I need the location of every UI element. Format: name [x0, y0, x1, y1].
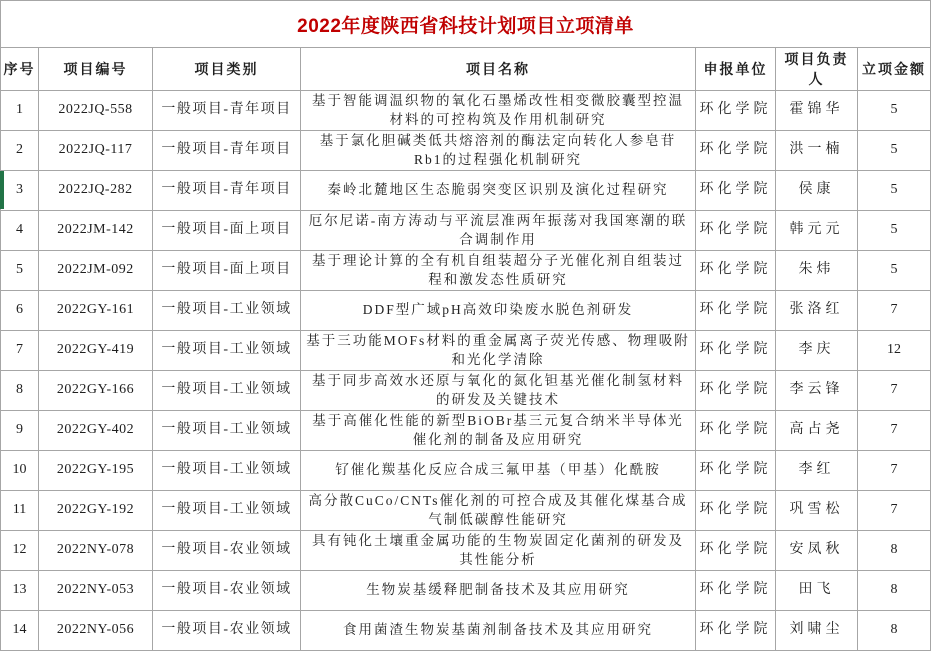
code-cell[interactable]: 2022JQ-282	[39, 171, 153, 211]
category-cell[interactable]: 一般项目-青年项目	[153, 171, 301, 211]
unit-cell[interactable]: 环化学院	[696, 331, 776, 371]
table-row: 142022NY-056一般项目-农业领域食用菌渣生物炭基菌剂制备技术及其应用研…	[1, 611, 931, 651]
page-title: 2022年度陕西省科技计划项目立项清单	[1, 1, 931, 48]
leader-cell[interactable]: 巩雪松	[776, 491, 858, 531]
category-cell[interactable]: 一般项目-青年项目	[153, 131, 301, 171]
code-cell[interactable]: 2022GY-161	[39, 291, 153, 331]
leader-cell[interactable]: 李庆	[776, 331, 858, 371]
name-cell[interactable]: 基于氯化胆碱类低共熔溶剂的酶法定向转化人参皂苷Rb1的过程强化机制研究	[301, 131, 696, 171]
unit-cell[interactable]: 环化学院	[696, 371, 776, 411]
unit-cell[interactable]: 环化学院	[696, 131, 776, 171]
name-cell[interactable]: 基于智能调温织物的氧化石墨烯改性相变微胶囊型控温材料的可控构筑及作用机制研究	[301, 91, 696, 131]
table-row: 72022GY-419一般项目-工业领域基于三功能MOFs材料的重金属离子荧光传…	[1, 331, 931, 371]
amount-cell[interactable]: 7	[858, 371, 931, 411]
amount-cell[interactable]: 7	[858, 491, 931, 531]
code-cell[interactable]: 2022JM-142	[39, 211, 153, 251]
category-cell[interactable]: 一般项目-农业领域	[153, 571, 301, 611]
code-cell[interactable]: 2022GY-192	[39, 491, 153, 531]
table-header-row: 序号项目编号项目类别项目名称申报单位项目负责人立项金额	[1, 48, 931, 91]
code-cell[interactable]: 2022GY-195	[39, 451, 153, 491]
row-selection-indicator	[0, 171, 4, 209]
amount-cell[interactable]: 8	[858, 611, 931, 651]
category-cell[interactable]: 一般项目-青年项目	[153, 91, 301, 131]
unit-cell[interactable]: 环化学院	[696, 491, 776, 531]
unit-cell[interactable]: 环化学院	[696, 91, 776, 131]
name-cell[interactable]: 钌催化羰基化反应合成三氟甲基（甲基）化酰胺	[301, 451, 696, 491]
leader-cell[interactable]: 韩元元	[776, 211, 858, 251]
amount-cell[interactable]: 7	[858, 451, 931, 491]
leader-cell[interactable]: 李云锋	[776, 371, 858, 411]
category-cell[interactable]: 一般项目-农业领域	[153, 531, 301, 571]
project-approval-table: 2022年度陕西省科技计划项目立项清单 序号项目编号项目类别项目名称申报单位项目…	[0, 0, 931, 651]
seq-cell[interactable]: 12	[1, 531, 39, 571]
name-cell[interactable]: 高分散CuCo/CNTs催化剂的可控合成及其催化煤基合成气制低碳醇性能研究	[301, 491, 696, 531]
table-row: 22022JQ-117一般项目-青年项目基于氯化胆碱类低共熔溶剂的酶法定向转化人…	[1, 131, 931, 171]
unit-cell[interactable]: 环化学院	[696, 611, 776, 651]
amount-cell[interactable]: 8	[858, 531, 931, 571]
column-header-code: 项目编号	[39, 48, 153, 91]
column-header-category: 项目类别	[153, 48, 301, 91]
name-cell[interactable]: 基于理论计算的全有机自组装超分子光催化剂自组装过程和激发态性质研究	[301, 251, 696, 291]
seq-cell[interactable]: 13	[1, 571, 39, 611]
seq-cell[interactable]: 6	[1, 291, 39, 331]
column-header-seq: 序号	[1, 48, 39, 91]
table-row: 122022NY-078一般项目-农业领域具有钝化土壤重金属功能的生物炭固定化菌…	[1, 531, 931, 571]
code-cell[interactable]: 2022GY-402	[39, 411, 153, 451]
code-cell[interactable]: 2022GY-419	[39, 331, 153, 371]
table-row: 62022GY-161一般项目-工业领域DDF型广域pH高效印染废水脱色剂研发环…	[1, 291, 931, 331]
leader-cell[interactable]: 朱炜	[776, 251, 858, 291]
title-row: 2022年度陕西省科技计划项目立项清单	[1, 1, 931, 48]
unit-cell[interactable]: 环化学院	[696, 571, 776, 611]
table-row: 112022GY-192一般项目-工业领域高分散CuCo/CNTs催化剂的可控合…	[1, 491, 931, 531]
table-row: 52022JM-092一般项目-面上项目基于理论计算的全有机自组装超分子光催化剂…	[1, 251, 931, 291]
code-cell[interactable]: 2022JQ-117	[39, 131, 153, 171]
column-header-unit: 申报单位	[696, 48, 776, 91]
leader-cell[interactable]: 侯康	[776, 171, 858, 211]
seq-cell[interactable]: 7	[1, 331, 39, 371]
name-cell[interactable]: 基于同步高效水还原与氧化的氮化钽基光催化制氢材料的研发及关键技术	[301, 371, 696, 411]
unit-cell[interactable]: 环化学院	[696, 211, 776, 251]
code-cell[interactable]: 2022NY-078	[39, 531, 153, 571]
name-cell[interactable]: 基于三功能MOFs材料的重金属离子荧光传感、物理吸附和光化学清除	[301, 331, 696, 371]
category-cell[interactable]: 一般项目-面上项目	[153, 251, 301, 291]
leader-cell[interactable]: 霍锦华	[776, 91, 858, 131]
name-cell[interactable]: 生物炭基缓释肥制备技术及其应用研究	[301, 571, 696, 611]
table-row: 92022GY-402一般项目-工业领域基于高催化性能的新型BiOBr基三元复合…	[1, 411, 931, 451]
amount-cell[interactable]: 5	[858, 91, 931, 131]
seq-cell[interactable]: 11	[1, 491, 39, 531]
name-cell[interactable]: 基于高催化性能的新型BiOBr基三元复合纳米半导体光催化剂的制备及应用研究	[301, 411, 696, 451]
leader-cell[interactable]: 张洛红	[776, 291, 858, 331]
amount-cell[interactable]: 12	[858, 331, 931, 371]
table-row: 82022GY-166一般项目-工业领域基于同步高效水还原与氧化的氮化钽基光催化…	[1, 371, 931, 411]
category-cell[interactable]: 一般项目-农业领域	[153, 611, 301, 651]
seq-cell[interactable]: 1	[1, 91, 39, 131]
seq-cell[interactable]: 9	[1, 411, 39, 451]
name-cell[interactable]: DDF型广域pH高效印染废水脱色剂研发	[301, 291, 696, 331]
seq-cell[interactable]: 3	[1, 171, 39, 211]
name-cell[interactable]: 食用菌渣生物炭基菌剂制备技术及其应用研究	[301, 611, 696, 651]
column-header-name: 项目名称	[301, 48, 696, 91]
table-body: 12022JQ-558一般项目-青年项目基于智能调温织物的氧化石墨烯改性相变微胶…	[1, 91, 931, 651]
table-row: 102022GY-195一般项目-工业领域钌催化羰基化反应合成三氟甲基（甲基）化…	[1, 451, 931, 491]
category-cell[interactable]: 一般项目-工业领域	[153, 371, 301, 411]
name-cell[interactable]: 具有钝化土壤重金属功能的生物炭固定化菌剂的研发及其性能分析	[301, 531, 696, 571]
leader-cell[interactable]: 安凤秋	[776, 531, 858, 571]
amount-cell[interactable]: 5	[858, 211, 931, 251]
code-cell[interactable]: 2022JM-092	[39, 251, 153, 291]
column-header-amount: 立项金额	[858, 48, 931, 91]
category-cell[interactable]: 一般项目-工业领域	[153, 411, 301, 451]
code-cell[interactable]: 2022NY-053	[39, 571, 153, 611]
unit-cell[interactable]: 环化学院	[696, 411, 776, 451]
category-cell[interactable]: 一般项目-面上项目	[153, 211, 301, 251]
unit-cell[interactable]: 环化学院	[696, 291, 776, 331]
seq-cell[interactable]: 5	[1, 251, 39, 291]
unit-cell[interactable]: 环化学院	[696, 451, 776, 491]
amount-cell[interactable]: 5	[858, 171, 931, 211]
name-cell[interactable]: 厄尔尼诺-南方涛动与平流层准两年振荡对我国寒潮的联合调制作用	[301, 211, 696, 251]
code-cell[interactable]: 2022JQ-558	[39, 91, 153, 131]
amount-cell[interactable]: 8	[858, 571, 931, 611]
category-cell[interactable]: 一般项目-工业领域	[153, 331, 301, 371]
leader-cell[interactable]: 高占尧	[776, 411, 858, 451]
column-header-leader: 项目负责人	[776, 48, 858, 91]
table-row: 42022JM-142一般项目-面上项目厄尔尼诺-南方涛动与平流层准两年振荡对我…	[1, 211, 931, 251]
leader-cell[interactable]: 李红	[776, 451, 858, 491]
seq-cell[interactable]: 14	[1, 611, 39, 651]
category-cell[interactable]: 一般项目-工业领域	[153, 451, 301, 491]
table-row: 132022NY-053一般项目-农业领域生物炭基缓释肥制备技术及其应用研究环化…	[1, 571, 931, 611]
category-cell[interactable]: 一般项目-工业领域	[153, 291, 301, 331]
amount-cell[interactable]: 5	[858, 251, 931, 291]
seq-cell[interactable]: 2	[1, 131, 39, 171]
leader-cell[interactable]: 田飞	[776, 571, 858, 611]
table-row: 12022JQ-558一般项目-青年项目基于智能调温织物的氧化石墨烯改性相变微胶…	[1, 91, 931, 131]
spreadsheet-area: 2022年度陕西省科技计划项目立项清单 序号项目编号项目类别项目名称申报单位项目…	[0, 0, 935, 653]
category-cell[interactable]: 一般项目-工业领域	[153, 491, 301, 531]
leader-cell[interactable]: 刘啸尘	[776, 611, 858, 651]
table-row: 32022JQ-282一般项目-青年项目秦岭北麓地区生态脆弱突变区识别及演化过程…	[1, 171, 931, 211]
code-cell[interactable]: 2022GY-166	[39, 371, 153, 411]
amount-cell[interactable]: 5	[858, 131, 931, 171]
seq-cell[interactable]: 10	[1, 451, 39, 491]
unit-cell[interactable]: 环化学院	[696, 531, 776, 571]
unit-cell[interactable]: 环化学院	[696, 171, 776, 211]
unit-cell[interactable]: 环化学院	[696, 251, 776, 291]
seq-cell[interactable]: 8	[1, 371, 39, 411]
seq-cell[interactable]: 4	[1, 211, 39, 251]
amount-cell[interactable]: 7	[858, 411, 931, 451]
amount-cell[interactable]: 7	[858, 291, 931, 331]
code-cell[interactable]: 2022NY-056	[39, 611, 153, 651]
name-cell[interactable]: 秦岭北麓地区生态脆弱突变区识别及演化过程研究	[301, 171, 696, 211]
leader-cell[interactable]: 洪一楠	[776, 131, 858, 171]
